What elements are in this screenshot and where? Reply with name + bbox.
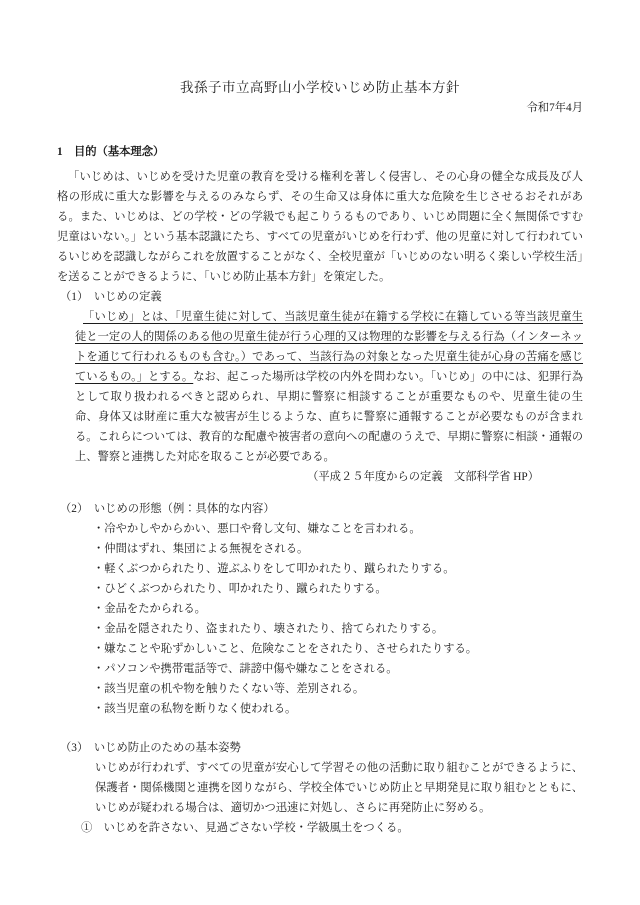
forms-list-item: ・嫌なことや恥ずかしいこと、危険なことをされたり、させられたりする。 (93, 639, 583, 659)
basic-stance-point-1: ① いじめを許さない、見過ごさない学校・学級風土をつくる。 (57, 818, 583, 838)
forms-list-item: ・冷やかしやからかい、悪口や脅し文句、嫌なことを言われる。 (93, 519, 583, 539)
forms-list-item: ・該当児童の私物を断りなく使われる。 (93, 699, 583, 719)
forms-list-item: ・パソコンや携帯電話等で、誹謗中傷や嫌なことをされる。 (93, 659, 583, 679)
document-page: 我孫子市立高野山小学校いじめ防止基本方針 令和7年4月 1 目的（基本理念） 「… (0, 0, 640, 905)
document-date: 令和7年4月 (57, 98, 583, 118)
definition-paragraph: 「いじめ」とは、「児童生徒に対して、当該児童生徒が在籍する学校に在籍している等当… (57, 307, 583, 467)
forms-heading: （2） いじめの形態（例：具体的な内容） (60, 499, 583, 519)
forms-list-item: ・金品を隠されたり、盗まれたり、壊されたり、捨てられたりする。 (93, 619, 583, 639)
section-purpose-heading: 1 目的（基本理念） (57, 142, 583, 162)
definition-heading: （1） いじめの定義 (60, 287, 583, 307)
definition-following-text: なお、起こった場所は学校の内外を問わない。「いじめ」の中には、犯罪行為として取り… (75, 371, 583, 463)
forms-list-item: ・ひどくぶつかられたり、叩かれたり、蹴られたりする。 (93, 579, 583, 599)
basic-stance-paragraph: いじめが行われず、すべての児童が安心して学習その他の活動に取り組むことができるよ… (57, 758, 583, 818)
forms-list-item: ・該当児童の机や物を触りたくない等、差別される。 (93, 679, 583, 699)
forms-list-item: ・仲間はずれ、集団による無視をされる。 (93, 539, 583, 559)
definition-source-note: （平成２５年度からの定義 文部科学省 HP） (57, 467, 583, 487)
purpose-paragraph: 「いじめは、いじめを受けた児童の教育を受ける権利を著しく侵害し、その心身の健全な… (57, 167, 583, 287)
document-title: 我孫子市立高野山小学校いじめ防止基本方針 (57, 78, 583, 97)
forms-list-item: ・軽くぶつかられたり、遊ぶふりをして叩かれたり、蹴られたりする。 (93, 559, 583, 579)
basic-stance-heading: （3） いじめ防止のための基本姿勢 (60, 738, 583, 758)
forms-list-item: ・金品をたかられる。 (93, 599, 583, 619)
forms-bullet-list: ・冷やかしやからかい、悪口や脅し文句、嫌なことを言われる。 ・仲間はずれ、集団に… (57, 519, 583, 719)
